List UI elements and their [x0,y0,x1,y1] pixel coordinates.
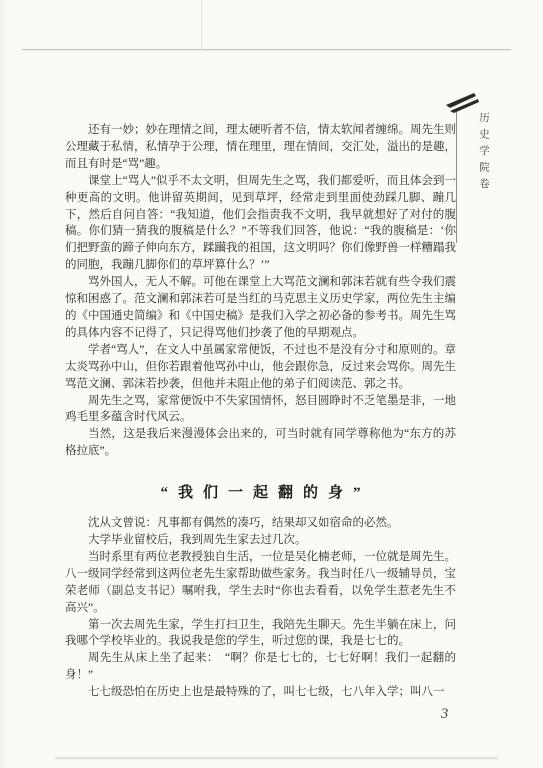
paragraph: 第一次去周先生家，学生打扫卫生，我陪先生聊天。先生半躺在床上，问我哪个学校毕业的… [65,617,456,651]
book-page: 历史学院卷 还有一妙；妙在理情之间，理太硬听者不信，情太软闻者缠绵。周先生则公理… [0,0,543,768]
paragraph: 骂外国人，无人不解。可他在课堂上大骂范文澜和郭沫若就有些令我们震惊和困惑了。范文… [65,274,456,342]
section-heading: “我们一起翻的身” [65,485,456,502]
page-number: 3 [441,706,448,723]
paragraph: 学者“骂人”，在文人中虽属家常便饭，不过也不是没有分寸和原则的。章太炎骂孙中山，… [65,342,456,393]
paragraph: 七七级恐怕在历史上也是最特殊的了，叫七七级，七八年入学；叫八一 [65,684,456,701]
paragraph: 周先生之骂，家常便饭中不失家国情怀，怒目圆睁时不乏笔墨是非，一地鸡毛里多蕴含时代… [65,393,456,427]
paragraph: 还有一妙；妙在理情之间，理太硬听者不信，情太软闻者缠绵。周先生则公理藏于私情，私… [65,122,456,173]
paragraph: 沈从文曾说：凡事都有偶然的凑巧，结果却又如宿命的必然。 [65,515,456,532]
scan-bottom-edge-shadow [55,757,498,759]
paragraph: 大学毕业留校后，我到周先生家去过几次。 [65,532,456,549]
scan-crease-line [201,0,202,50]
volume-label: 历史学院卷 [476,112,491,195]
text-block: 还有一妙；妙在理情之间，理太硬听者不信，情太软闻者缠绵。周先生则公理藏于私情，私… [65,122,456,701]
paragraph: 当然，这是我后来漫漫体会出来的，可当时就有同学尊称他为“东方的苏格拉底”。 [65,426,456,460]
paragraph: 当时系里有两位老教授独自生活，一位是吴化楠老师，一位就是周先生。八一级同学经常到… [65,549,456,617]
pen-nib-icon [437,90,481,118]
scan-top-edge-line [22,49,511,50]
paragraph: 周先生从床上坐了起来： “啊？你是七七的，七七好啊！我们一起翻的身！” [65,650,456,684]
margin-divider-rule [456,112,457,243]
paragraph: 课堂上“骂人”似乎不太文明，但周先生之骂，我们都爱听，而且体会到一种更高的文明。… [65,173,456,274]
